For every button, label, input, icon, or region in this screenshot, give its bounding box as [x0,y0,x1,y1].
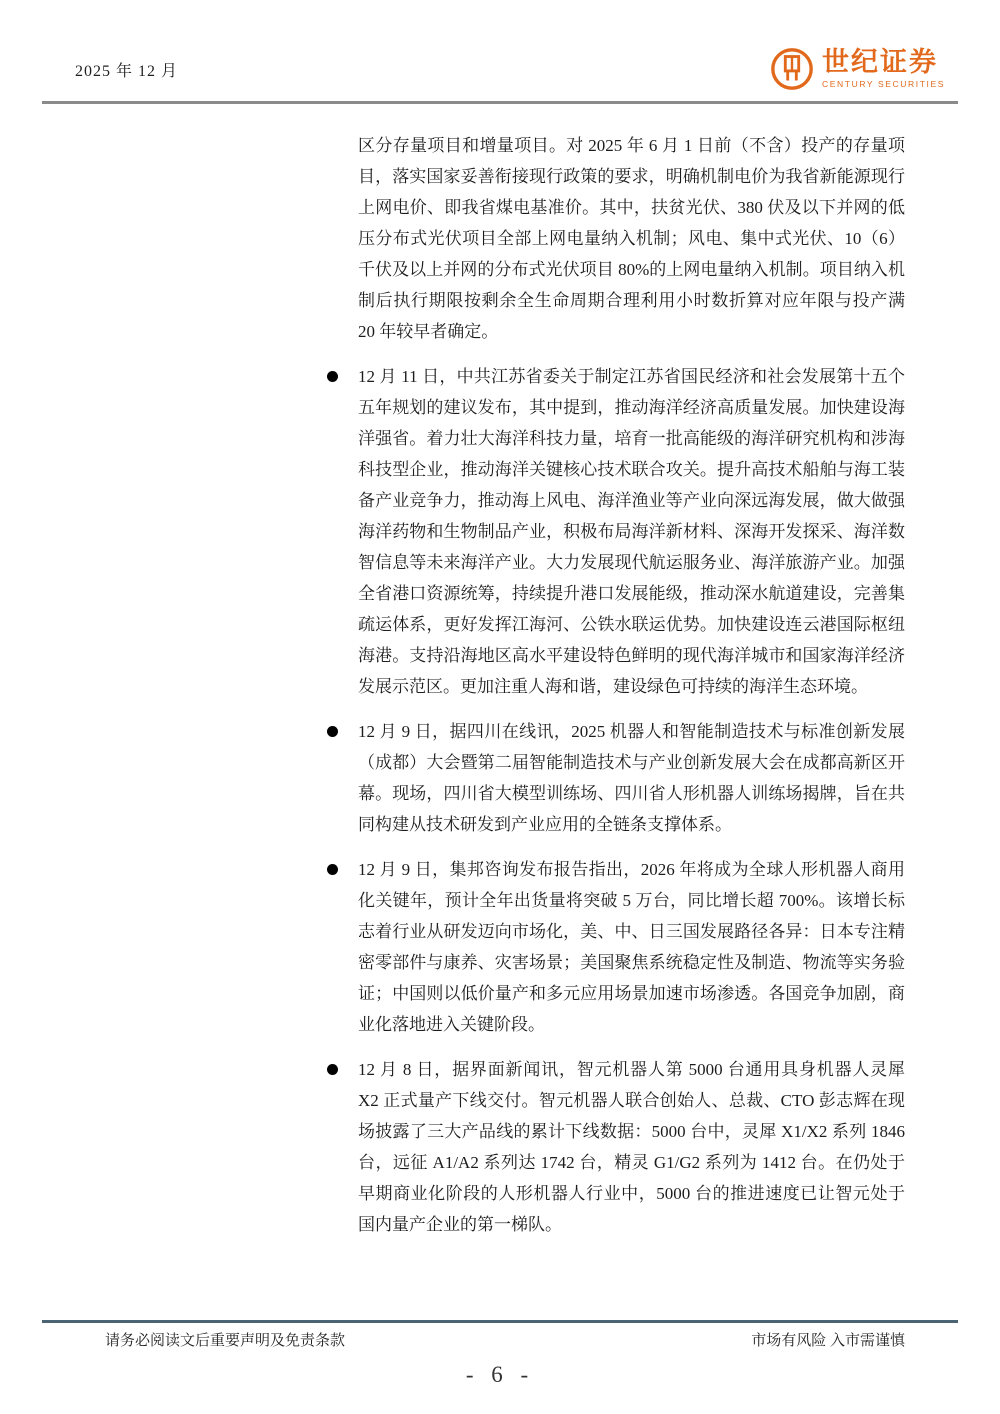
news-bullet-text: 12 月 9 日，集邦咨询发布报告指出，2026 年将成为全球人形机器人商用化关… [358,854,905,1040]
bullet-icon [327,726,338,737]
page-number: - 6 - [0,1362,1000,1388]
news-bullet-text: 12 月 11 日，中共江苏省委关于制定江苏省国民经济和社会发展第十五个五年规划… [358,361,905,702]
news-bullet-text: 12 月 9 日，据四川在线讯，2025 机器人和智能制造技术与标准创新发展（成… [358,716,905,840]
news-bullet-item: 12 月 11 日，中共江苏省委关于制定江苏省国民经济和社会发展第十五个五年规划… [322,361,905,702]
continuation-paragraph: 区分存量项目和增量项目。对 2025 年 6 月 1 日前（不含）投产的存量项目… [358,130,905,347]
disclaimer-note: 请务必阅读文后重要声明及免责条款 [105,1329,345,1350]
news-bullet-item: 12 月 9 日，据四川在线讯，2025 机器人和智能制造技术与标准创新发展（成… [322,716,905,840]
report-date: 2025 年 12 月 [75,58,178,81]
risk-warning: 市场有风险 入市需谨慎 [751,1329,905,1350]
logo-name-cn: 世纪证券 [822,49,945,76]
bullet-icon [327,864,338,875]
report-page: 2025 年 12 月 世纪证券 CENTURY SECURITIES 区分存量… [0,0,1000,1414]
bullet-icon [327,1064,338,1075]
page-header: 2025 年 12 月 世纪证券 CENTURY SECURITIES [0,0,1000,92]
footer-notes: 请务必阅读文后重要声明及免责条款 市场有风险 入市需谨慎 [0,1323,1000,1350]
brand-logo: 世纪证券 CENTURY SECURITIES [769,46,945,92]
news-bullet-text: 12 月 8 日，据界面新闻讯，智元机器人第 5000 台通用具身机器人灵犀 X… [358,1054,905,1240]
logo-text: 世纪证券 CENTURY SECURITIES [822,49,945,89]
bullet-icon [327,371,338,382]
news-bullet-item: 12 月 8 日，据界面新闻讯，智元机器人第 5000 台通用具身机器人灵犀 X… [322,1054,905,1240]
header-divider [42,101,958,104]
logo-name-en: CENTURY SECURITIES [822,80,945,89]
report-body: 区分存量项目和增量项目。对 2025 年 6 月 1 日前（不含）投产的存量项目… [322,130,905,1240]
news-bullet-item: 12 月 9 日，集邦咨询发布报告指出，2026 年将成为全球人形机器人商用化关… [322,854,905,1040]
page-footer: 请务必阅读文后重要声明及免责条款 市场有风险 入市需谨慎 - 6 - [0,1320,1000,1388]
century-securities-logo-icon [769,46,815,92]
